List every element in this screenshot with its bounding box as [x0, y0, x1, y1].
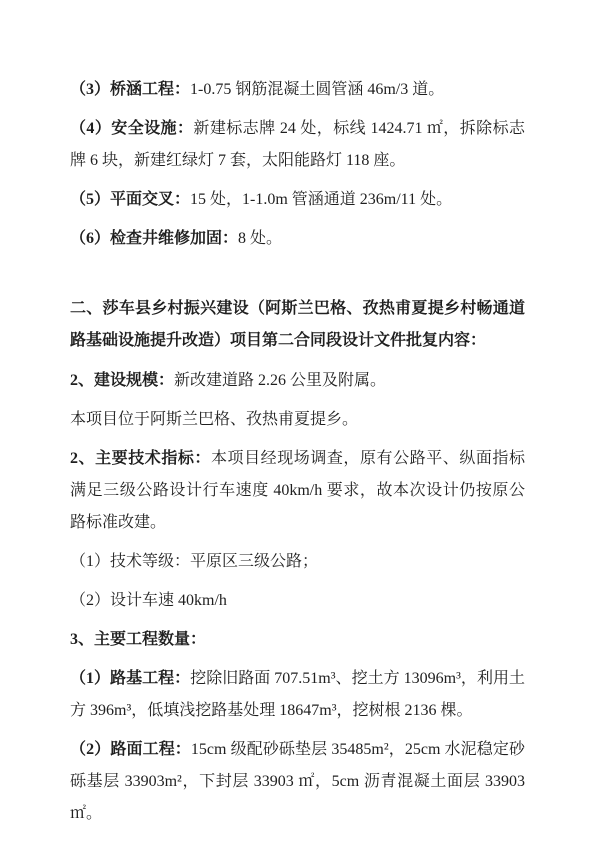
para-technical-grade-text: （1）技术等级：平原区三级公路；: [70, 553, 318, 570]
para-construction-scale-text: 新改建道路 2.26 公里及附属。: [174, 372, 386, 389]
para-plane-intersection: （5）平面交叉：15 处，1-1.0m 管涵通道 236m/11 处。: [70, 184, 525, 216]
para-main-quantities-label: 3、主要工程数量：: [70, 631, 206, 648]
para-bridge-culvert: （3）桥涵工程：1-0.75 钢筋混凝土圆管涵 46m/3 道。: [70, 74, 525, 106]
para-technical-indicators: 2、主要技术指标：本项目经现场调查，原有公路平、纵面指标满足三级公路设计行车速度…: [70, 443, 525, 539]
para-inspection-well-text: 8 处。: [238, 230, 282, 247]
para-subgrade-works: （1）路基工程：挖除旧路面 707.51m³、挖土方 13096m³，利用土方 …: [70, 663, 525, 727]
para-subgrade-works-label: （1）路基工程：: [70, 670, 190, 687]
para-construction-scale-label: 2、建设规模：: [70, 372, 174, 389]
para-project-location-text: 本项目位于阿斯兰巴格、孜热甫夏提乡。: [70, 411, 358, 428]
para-plane-intersection-label: （5）平面交叉：: [70, 191, 190, 208]
para-pavement-works-label: （2）路面工程：: [70, 741, 191, 758]
para-pavement-works: （2）路面工程：15cm 级配砂砾垫层 35485m²，25cm 水泥稳定砂砾基…: [70, 734, 525, 830]
para-safety-facilities-label: （4）安全设施：: [70, 120, 193, 137]
para-main-quantities-heading: 3、主要工程数量：: [70, 624, 525, 656]
para-technical-indicators-label: 2、主要技术指标：: [70, 450, 211, 467]
para-bridge-culvert-text: 1-0.75 钢筋混凝土圆管涵 46m/3 道。: [190, 81, 444, 98]
para-technical-grade: （1）技术等级：平原区三级公路；: [70, 546, 525, 578]
para-project-location: 本项目位于阿斯兰巴格、孜热甫夏提乡。: [70, 404, 525, 436]
para-design-speed: （2）设计车速 40km/h: [70, 585, 525, 617]
document-page: （3）桥涵工程：1-0.75 钢筋混凝土圆管涵 46m/3 道。 （4）安全设施…: [0, 0, 595, 841]
para-bridge-culvert-label: （3）桥涵工程：: [70, 81, 190, 98]
para-plane-intersection-text: 15 处，1-1.0m 管涵通道 236m/11 处。: [190, 191, 452, 208]
para-safety-facilities: （4）安全设施：新建标志牌 24 处，标线 1424.71 ㎡，拆除标志牌 6 …: [70, 113, 525, 177]
para-inspection-well-label: （6）检查井维修加固：: [70, 230, 238, 247]
para-inspection-well: （6）检查井维修加固：8 处。: [70, 223, 525, 255]
para-design-speed-text: （2）设计车速 40km/h: [70, 592, 227, 609]
document-content: （3）桥涵工程：1-0.75 钢筋混凝土圆管涵 46m/3 道。 （4）安全设施…: [70, 74, 525, 837]
section-heading: 二、莎车县乡村振兴建设（阿斯兰巴格、孜热甫夏提乡村畅通道路基础设施提升改造）项目…: [70, 293, 525, 357]
para-construction-scale: 2、建设规模：新改建道路 2.26 公里及附属。: [70, 365, 525, 397]
